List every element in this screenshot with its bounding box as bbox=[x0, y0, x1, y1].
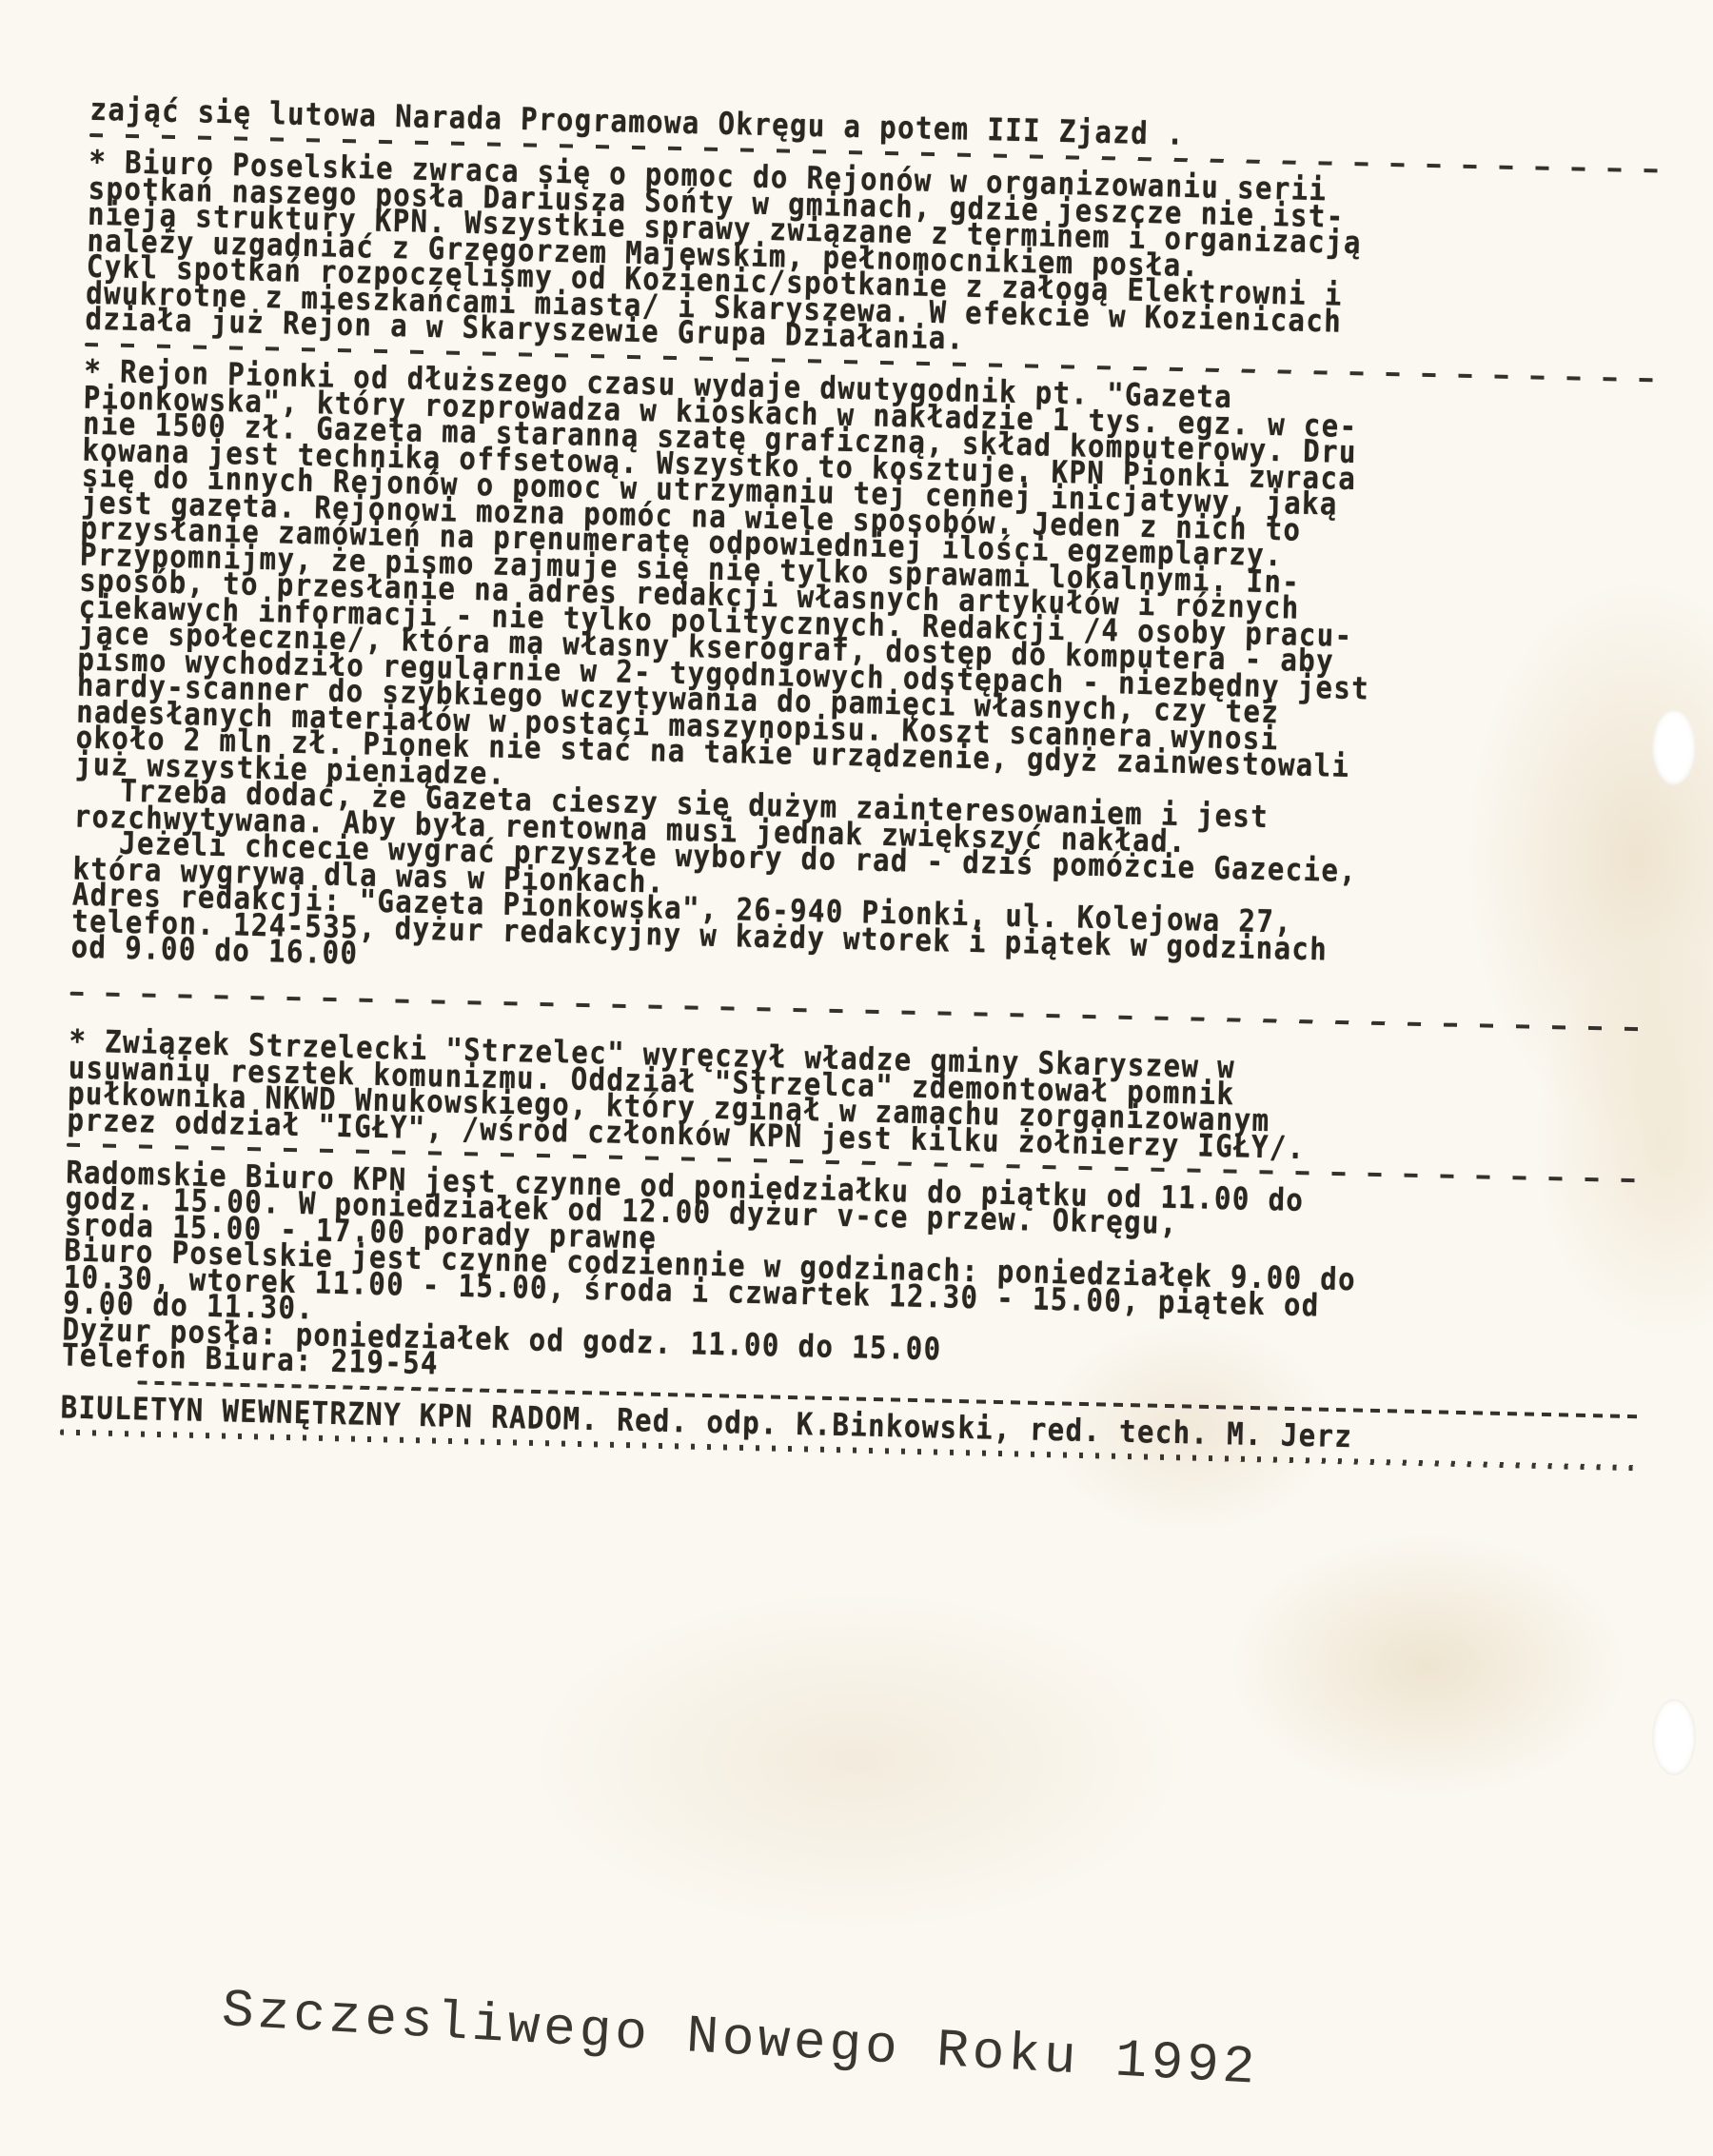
section-office-hours: Radomskie Biuro KPN jest czynne od ponie… bbox=[62, 1157, 1646, 1403]
punch-hole bbox=[1652, 709, 1696, 785]
section-biuro-poselskie: * Biuro Poselskie zwraca się o pomoc do … bbox=[85, 148, 1668, 366]
section-rejon-pionki: * Rejon Pionki od dłuższego czasu wydaje… bbox=[70, 357, 1664, 995]
typewritten-page: zająć się lutowa Narada Programowa Okręg… bbox=[60, 95, 1670, 1481]
punch-hole bbox=[1652, 1699, 1696, 1775]
